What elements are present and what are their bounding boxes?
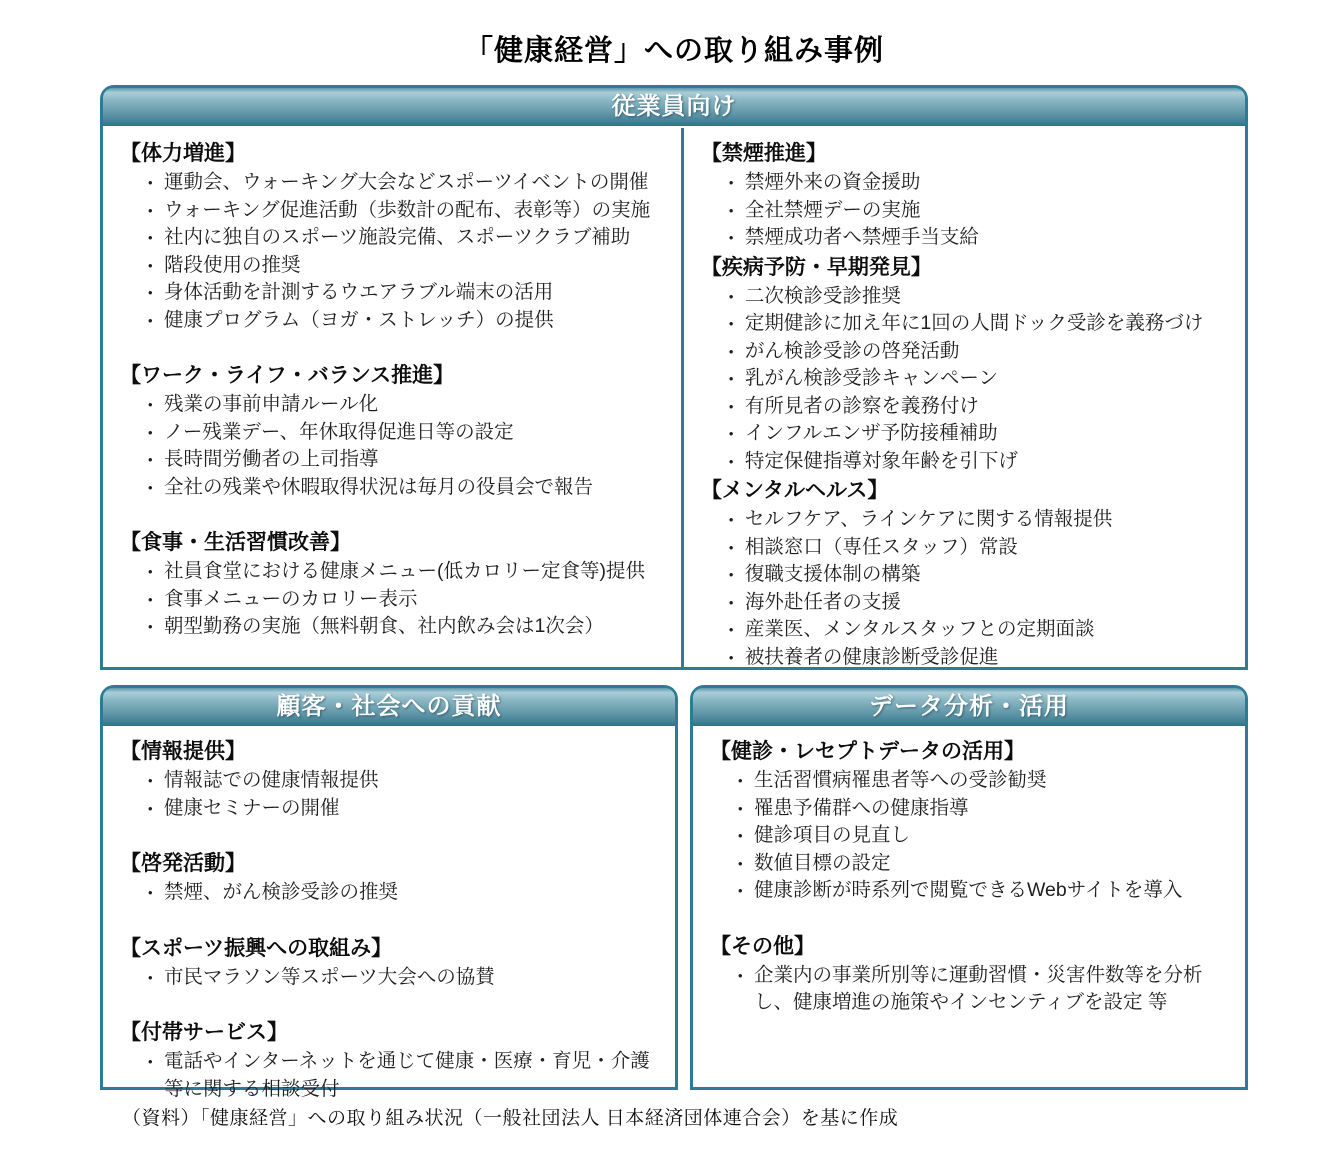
bullet-item: 社内に独自のスポーツ施設完備、スポーツクラブ補助 (147, 224, 669, 252)
section: 【メンタルヘルス】セルフケア、ラインケアに関する情報提供相談窓口（専任スタッフ）… (701, 475, 1233, 671)
section-items: 禁煙、がん検診受診の推奨 (120, 879, 663, 907)
employees-column-left: 【体力増進】運動会、ウォーキング大会などスポーツイベントの開催ウォーキング促進活… (103, 128, 681, 668)
section-items: 情報誌での健康情報提供健康セミナーの開催 (120, 767, 663, 822)
bullet-item: 有所見者の診察を義務付け (728, 393, 1233, 421)
bullet-item: 海外赴任者の支援 (728, 589, 1233, 617)
bottom-row: 顧客・社会への貢献 【情報提供】情報誌での健康情報提供健康セミナーの開催【啓発活… (100, 685, 1248, 1090)
bullet-item: 身体活動を計測するウエアラブル端末の活用 (147, 279, 669, 307)
bullet-item: 残業の事前申請ルール化 (147, 391, 669, 419)
section-heading: 【付帯サービス】 (120, 1017, 663, 1048)
section-heading: 【疾病予防・早期発見】 (701, 252, 1233, 283)
bullet-item: 市民マラソン等スポーツ大会への協賛 (147, 964, 663, 992)
section-heading: 【食事・生活習慣改善】 (120, 527, 669, 558)
bullet-item: ウォーキング促進活動（歩数計の配布、表彰等）の実施 (147, 197, 669, 225)
bullet-item: 特定保健指導対象年齢を引下げ (728, 448, 1233, 476)
section: 【禁煙推進】禁煙外来の資金援助全社禁煙デーの実施禁煙成功者へ禁煙手当支給 (701, 138, 1233, 252)
bullet-item: 相談窓口（専任スタッフ）常設 (728, 534, 1233, 562)
section: 【啓発活動】禁煙、がん検診受診の推奨 (120, 848, 663, 907)
section-items: 電話やインターネットを通じて健康・医療・育児・介護等に関する相談受付 (120, 1048, 663, 1103)
bullet-item: がん検診受診の啓発活動 (728, 338, 1233, 366)
box-employees-header: 従業員向け (103, 88, 1245, 128)
bullet-item: 禁煙、がん検診受診の推奨 (147, 879, 663, 907)
section-items: 二次検診受診推奨定期健診に加え年に1回の人間ドック受診を義務づけがん検診受診の啓… (701, 283, 1233, 476)
section-heading: 【情報提供】 (120, 736, 663, 767)
page-title: 「健康経営」への取り組み事例 (100, 28, 1248, 69)
bullet-item: 長時間労働者の上司指導 (147, 446, 669, 474)
section: 【体力増進】運動会、ウォーキング大会などスポーツイベントの開催ウォーキング促進活… (120, 138, 669, 334)
section-items: 運動会、ウォーキング大会などスポーツイベントの開催ウォーキング促進活動（歩数計の… (120, 169, 669, 334)
source-note: （資料）「健康経営」への取り組み状況（一般社団法人 日本経済団体連合会）を基に作… (100, 1103, 1248, 1130)
bullet-item: 全社の残業や休暇取得状況は毎月の役員会で報告 (147, 474, 669, 502)
bullet-item: 電話やインターネットを通じて健康・医療・育児・介護等に関する相談受付 (147, 1048, 663, 1103)
box-employees-body: 【体力増進】運動会、ウォーキング大会などスポーツイベントの開催ウォーキング促進活… (103, 128, 1245, 668)
section: 【ワーク・ライフ・バランス推進】残業の事前申請ルール化ノー残業デー、年休取得促進… (120, 360, 669, 501)
section: 【健診・レセプトデータの活用】生活習慣病罹患者等への受診勧奨罹患予備群への健康指… (710, 736, 1233, 905)
section-heading: 【スポーツ振興への取組み】 (120, 933, 663, 964)
employees-column-right: 【禁煙推進】禁煙外来の資金援助全社禁煙デーの実施禁煙成功者へ禁煙手当支給【疾病予… (681, 128, 1245, 668)
section-items: 禁煙外来の資金援助全社禁煙デーの実施禁煙成功者へ禁煙手当支給 (701, 169, 1233, 252)
bullet-item: 禁煙成功者へ禁煙手当支給 (728, 224, 1233, 252)
bullet-item: 企業内の事業所別等に運動習慣・災害件数等を分析し、健康増進の施策やインセンティブ… (737, 962, 1233, 1017)
section-items: 残業の事前申請ルール化ノー残業デー、年休取得促進日等の設定長時間労働者の上司指導… (120, 391, 669, 501)
section-items: 生活習慣病罹患者等への受診勧奨罹患予備群への健康指導健診項目の見直し数値目標の設… (710, 767, 1233, 905)
bullet-item: インフルエンザ予防接種補助 (728, 420, 1233, 448)
section-heading: 【ワーク・ライフ・バランス推進】 (120, 360, 669, 391)
customers-column: 【情報提供】情報誌での健康情報提供健康セミナーの開催【啓発活動】禁煙、がん検診受… (103, 728, 675, 1091)
slide-page: 「健康経営」への取り組み事例 従業員向け 【体力増進】運動会、ウォーキング大会な… (0, 0, 1328, 1163)
section-heading: 【禁煙推進】 (701, 138, 1233, 169)
box-customers-header: 顧客・社会への貢献 (103, 688, 675, 728)
bullet-item: 健康プログラム（ヨガ・ストレッチ）の提供 (147, 307, 669, 335)
bullet-item: 罹患予備群への健康指導 (737, 795, 1233, 823)
bullet-item: 被扶養者の健康診断受診促進 (728, 644, 1233, 672)
bullet-item: 朝型勤務の実施（無料朝食、社内飲み会は1次会） (147, 613, 669, 641)
section-heading: 【体力増進】 (120, 138, 669, 169)
bullet-item: 数値目標の設定 (737, 850, 1233, 878)
bullet-item: 復職支援体制の構築 (728, 561, 1233, 589)
bullet-item: 乳がん検診受診キャンペーン (728, 365, 1233, 393)
bullet-item: 階段使用の推奨 (147, 252, 669, 280)
bullet-item: 産業医、メンタルスタッフとの定期面談 (728, 616, 1233, 644)
section: 【スポーツ振興への取組み】市民マラソン等スポーツ大会への協賛 (120, 933, 663, 992)
section-items: セルフケア、ラインケアに関する情報提供相談窓口（専任スタッフ）常設復職支援体制の… (701, 506, 1233, 671)
section-heading: 【啓発活動】 (120, 848, 663, 879)
section-heading: 【健診・レセプトデータの活用】 (710, 736, 1233, 767)
bullet-item: セルフケア、ラインケアに関する情報提供 (728, 506, 1233, 534)
section-items: 社員食堂における健康メニュー(低カロリー定食等)提供食事メニューのカロリー表示朝… (120, 558, 669, 641)
bullet-item: 生活習慣病罹患者等への受診勧奨 (737, 767, 1233, 795)
box-data-usage-header: データ分析・活用 (693, 688, 1245, 728)
box-employees: 従業員向け 【体力増進】運動会、ウォーキング大会などスポーツイベントの開催ウォー… (100, 85, 1248, 670)
section: 【疾病予防・早期発見】二次検診受診推奨定期健診に加え年に1回の人間ドック受診を義… (701, 252, 1233, 476)
section: 【食事・生活習慣改善】社員食堂における健康メニュー(低カロリー定食等)提供食事メ… (120, 527, 669, 641)
bullet-item: 二次検診受診推奨 (728, 283, 1233, 311)
bullet-item: ノー残業デー、年休取得促進日等の設定 (147, 419, 669, 447)
data-usage-column: 【健診・レセプトデータの活用】生活習慣病罹患者等への受診勧奨罹患予備群への健康指… (693, 728, 1245, 1091)
section: 【情報提供】情報誌での健康情報提供健康セミナーの開催 (120, 736, 663, 822)
box-customers: 顧客・社会への貢献 【情報提供】情報誌での健康情報提供健康セミナーの開催【啓発活… (100, 685, 678, 1090)
box-data-usage: データ分析・活用 【健診・レセプトデータの活用】生活習慣病罹患者等への受診勧奨罹… (690, 685, 1248, 1090)
section-heading: 【メンタルヘルス】 (701, 475, 1233, 506)
section-heading: 【その他】 (710, 931, 1233, 962)
bullet-item: 全社禁煙デーの実施 (728, 197, 1233, 225)
bullet-item: 社員食堂における健康メニュー(低カロリー定食等)提供 (147, 558, 669, 586)
bullet-item: 健診項目の見直し (737, 822, 1233, 850)
section-items: 企業内の事業所別等に運動習慣・災害件数等を分析し、健康増進の施策やインセンティブ… (710, 962, 1233, 1017)
bullet-item: 情報誌での健康情報提供 (147, 767, 663, 795)
section: 【付帯サービス】電話やインターネットを通じて健康・医療・育児・介護等に関する相談… (120, 1017, 663, 1103)
bullet-item: 食事メニューのカロリー表示 (147, 586, 669, 614)
section-items: 市民マラソン等スポーツ大会への協賛 (120, 964, 663, 992)
bullet-item: 健康診断が時系列で閲覧できるWebサイトを導入 (737, 877, 1233, 905)
bullet-item: 定期健診に加え年に1回の人間ドック受診を義務づけ (728, 310, 1233, 338)
bullet-item: 禁煙外来の資金援助 (728, 169, 1233, 197)
bullet-item: 運動会、ウォーキング大会などスポーツイベントの開催 (147, 169, 669, 197)
bullet-item: 健康セミナーの開催 (147, 795, 663, 823)
section: 【その他】企業内の事業所別等に運動習慣・災害件数等を分析し、健康増進の施策やイン… (710, 931, 1233, 1017)
